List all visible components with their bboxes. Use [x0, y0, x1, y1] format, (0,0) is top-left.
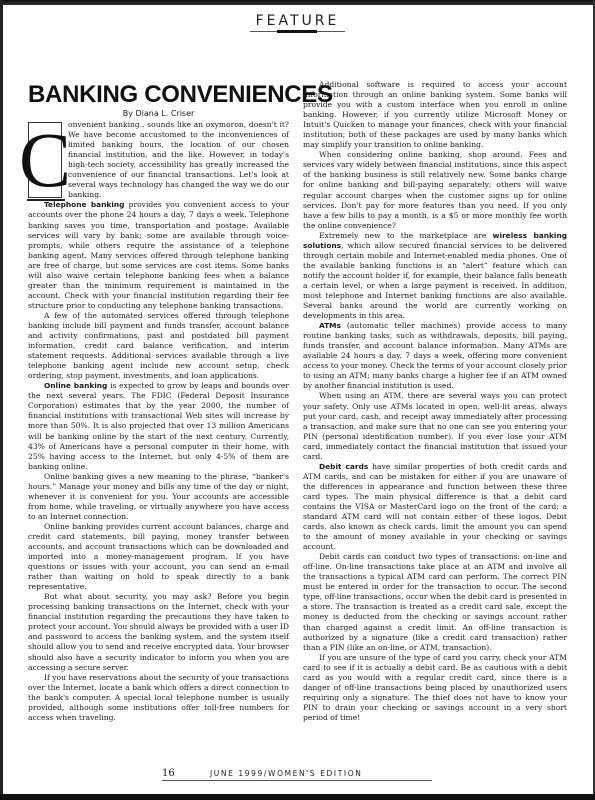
paragraph-atms: ATMs (automatic teller machines) provide…	[303, 321, 567, 391]
paragraph: When using an ATM, there are several way…	[303, 391, 567, 461]
section-label: FEATURE	[250, 13, 346, 32]
scan-border-top	[0, 0, 595, 5]
paragraph: If you have reservations about the secur…	[28, 673, 289, 723]
lead-term: Online banking	[44, 381, 107, 390]
paragraph-wireless-banking: Extremely new to the marketplace are wir…	[303, 231, 567, 321]
paragraph: But what about security, you may ask? Be…	[28, 592, 289, 672]
scan-border-bottom	[0, 794, 595, 800]
left-column: BANKING CONVENIENCES By Diana L. Criser …	[28, 82, 289, 723]
paragraph: Online banking provides current account …	[28, 522, 289, 592]
lead-term: ATMs	[319, 321, 341, 330]
paragraph: Debit cards can conduct two types of tra…	[303, 552, 567, 652]
paragraph: When considering online banking, shop ar…	[303, 150, 567, 230]
issue-label: JUNE 1999/WOMEN'S EDITION	[210, 769, 362, 778]
scan-border-left	[0, 0, 3, 800]
lead-term: Debit cards	[319, 462, 368, 471]
paragraph: Additional software is required to acces…	[303, 80, 567, 150]
section-header: FEATURE	[0, 10, 595, 32]
paragraph: A few of the automated services offered …	[28, 311, 289, 381]
paragraph-online-banking: Online banking is expected to grow by le…	[28, 381, 289, 471]
right-column: Additional software is required to acces…	[303, 80, 567, 723]
page-footer: 16 JUNE 1999/WOMEN'S EDITION	[162, 768, 432, 781]
article-title: BANKING CONVENIENCES	[28, 82, 289, 108]
paragraph-telephone-banking: Telephone banking provides you convenien…	[28, 200, 289, 311]
paragraph: If you are unsure of the type of card yo…	[303, 653, 567, 723]
paragraph-debit-cards: Debit cards have similar properties of b…	[303, 462, 567, 552]
page-number: 16	[162, 768, 210, 779]
drop-cap: C	[28, 122, 62, 198]
paragraph: Online banking gives a new meaning to th…	[28, 472, 289, 522]
